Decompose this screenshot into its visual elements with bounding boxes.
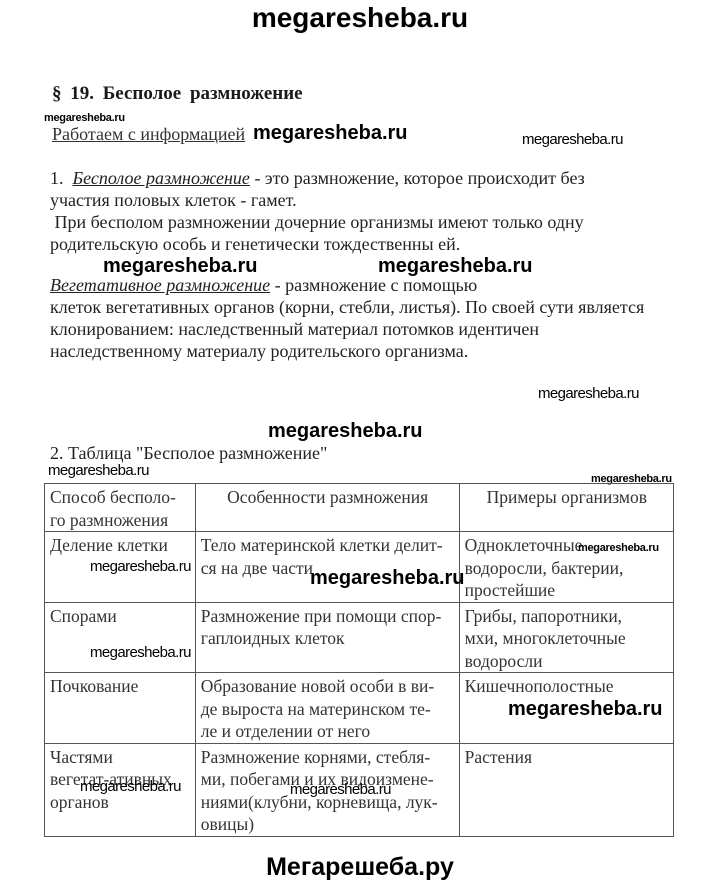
cell-examples-line: Грибы, папоротники, (465, 605, 669, 628)
header-features-text: Особенности размножения (201, 486, 455, 509)
vegetative-line2: клеток вегетативных органов (корни, стеб… (50, 296, 644, 318)
item1-line3: При бесполом размножении дочерние органи… (50, 211, 584, 233)
vegetative-line4: наследственному материалу родительского … (50, 340, 468, 362)
cell-method-line: Почкование (50, 675, 191, 698)
cell-features-line: Тело материнской клетки делит- (201, 534, 455, 557)
header-method: Способ бесполо- го размножения (45, 484, 196, 532)
table-row: СпорамиРазмножение при помощи спор-гапло… (45, 602, 674, 673)
item1-definition: - это размножение, которое происходит бе… (250, 168, 585, 188)
term-vegetative-reproduction: Вегетативное размножение (50, 275, 270, 295)
watermark: megaresheba.ru (48, 462, 149, 479)
cell-features-line: Размножение при помощи спор- (201, 605, 455, 628)
watermark: megaresheba.ru (578, 542, 659, 554)
site-footer-watermark: Мегарешеба.ру (0, 853, 720, 882)
watermark: megaresheba.ru (90, 644, 191, 661)
cell-examples-line: Кишечнополостные (465, 675, 669, 698)
cell-examples: Грибы, папоротники,мхи, многоклеточныево… (459, 602, 673, 673)
watermark: megaresheba.ru (508, 698, 663, 721)
watermark: megaresheba.ru (538, 385, 639, 402)
cell-method: Спорами (45, 602, 196, 673)
watermark: megaresheba.ru (290, 781, 391, 798)
watermark: megaresheba.ru (310, 567, 465, 590)
item1-line1: 1. Бесполое размножение - это размножени… (50, 167, 585, 189)
cell-features-line: Образование новой особи в ви- (201, 675, 455, 698)
table-header-row: Способ бесполо- го размножения Особеннос… (45, 484, 674, 532)
cell-features-line: ле и отделении от него (201, 720, 455, 743)
cell-method-line: Деление клетки (50, 534, 191, 557)
item1-line2: участия половых клеток - гамет. (50, 189, 297, 211)
cell-examples: Растения (459, 743, 673, 836)
work-with-info-heading: Работаем с информацией (52, 124, 245, 145)
cell-features: Образование новой особи в ви-де выроста … (195, 673, 459, 744)
cell-method: Почкование (45, 673, 196, 744)
watermark: megaresheba.ru (90, 558, 191, 575)
watermark: megaresheba.ru (522, 131, 623, 148)
item1-line4: родительскую особь и генетически тождест… (50, 233, 460, 255)
cell-examples-line: Растения (465, 746, 669, 769)
header-examples-text: Примеры организмов (465, 486, 669, 509)
header-examples: Примеры организмов (459, 484, 673, 532)
header-method-line: Способ бесполо- (50, 486, 191, 509)
cell-features-line: гаплоидных клеток (201, 627, 455, 650)
site-header-watermark: megaresheba.ru (0, 2, 720, 34)
watermark: megaresheba.ru (80, 778, 181, 795)
vegetative-line1: Вегетативное размножение - размножение с… (50, 274, 477, 296)
watermark: megaresheba.ru (253, 122, 408, 145)
cell-features-line: де выроста на материнском те- (201, 698, 455, 721)
cell-examples-line: водоросли (465, 650, 669, 673)
vegetative-definition: - размножение с помощью (270, 275, 477, 295)
cell-method-line: Частями (50, 746, 191, 769)
watermark: megaresheba.ru (44, 112, 125, 124)
cell-features: Размножение при помощи спор-гаплоидных к… (195, 602, 459, 673)
header-method-line: го размножения (50, 509, 191, 532)
table-caption: 2. Таблица "Бесполое размножение" (50, 442, 327, 464)
term-asexual-reproduction: Бесполое размножение (73, 168, 250, 188)
cell-features-line: Размножение корнями, стебля- (201, 746, 455, 769)
header-features: Особенности размножения (195, 484, 459, 532)
cell-features-line: овицы) (201, 813, 455, 836)
cell-examples-line: водоросли, бактерии, (465, 557, 669, 580)
cell-method-line: Спорами (50, 605, 191, 628)
item1-number: 1. (50, 168, 64, 188)
vegetative-line3: клонированием: наследственный материал п… (50, 318, 539, 340)
watermark: megaresheba.ru (268, 420, 423, 443)
section-title: § 19. Бесполое размножение (52, 83, 303, 105)
cell-examples-line: мхи, многоклеточные (465, 627, 669, 650)
cell-examples-line: простейшие (465, 579, 669, 602)
